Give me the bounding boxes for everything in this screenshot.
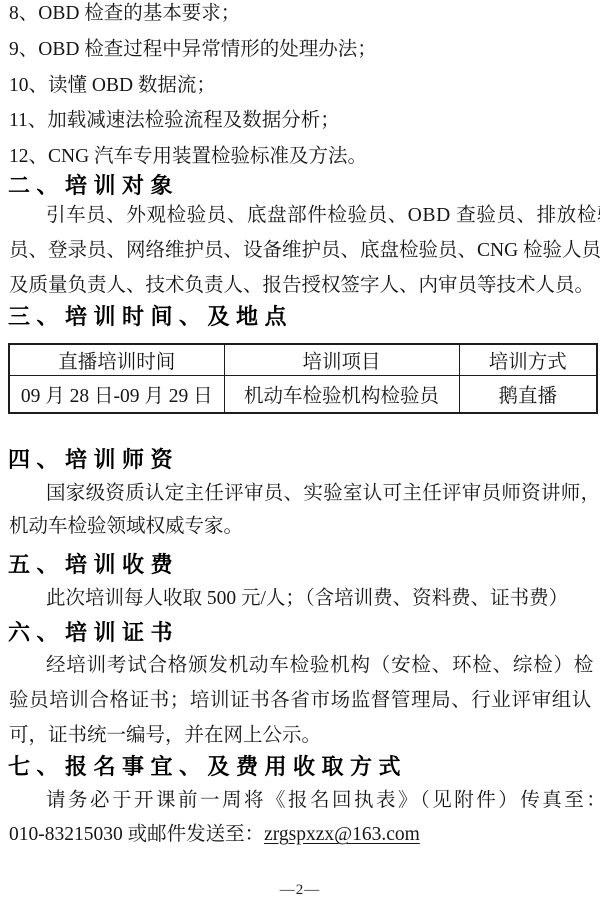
table-header-cell: 培训项目 [224, 344, 459, 375]
section-title-faculty: 四、培训师资 [8, 446, 179, 474]
paragraph-line: 验员培训合格证书；培训证书各省市场监督管理局、行业评审组认 [9, 688, 593, 714]
contact-line: 010-83215030 或邮件发送至：zrgspxzx@163.com [9, 822, 593, 848]
table-header-row: 直播培训时间 培训项目 培训方式 [9, 344, 597, 375]
email-link[interactable]: zrgspxzx@163.com [264, 824, 420, 845]
document-page: 8、OBD 检查的基本要求； 9、OBD 检查过程中异常情形的处理办法； 10、… [0, 0, 600, 906]
table-cell-date: 09 月 28 日-09 月 29 日 [9, 375, 224, 413]
paragraph-line: 引车员、外观检验员、底盘部件检验员、OBD 查验员、排放检验 [9, 203, 593, 229]
paragraph-line: 经培训考试合格颁发机动车检验机构（安检、环检、综检）检 [9, 653, 593, 679]
list-item: 10、读懂 OBD 数据流； [9, 73, 593, 99]
list-item: 9、OBD 检查过程中异常情形的处理办法； [9, 37, 593, 63]
section-title-fees: 五、培训收费 [8, 551, 179, 579]
list-item: 11、加载减速法检验流程及数据分析； [9, 108, 593, 134]
list-item: 12、CNG 汽车专用装置检验标准及方法。 [9, 144, 593, 170]
list-item: 8、OBD 检查的基本要求； [9, 1, 593, 27]
paragraph-line: 可，证书统一编号，并在网上公示。 [9, 723, 593, 749]
training-schedule-table: 直播培训时间 培训项目 培训方式 09 月 28 日-09 月 29 日 机动车… [8, 343, 598, 414]
table-header-cell: 培训方式 [459, 344, 597, 375]
section-title-time-location: 三、培训时间、及地点 [8, 303, 293, 331]
paragraph-line: 国家级资质认定主任评审员、实验室认可主任评审员师资讲师， [9, 481, 593, 507]
paragraph-line: 此次培训每人收取 500 元/人；（含培训费、资料费、证书费） [9, 586, 593, 612]
paragraph-line: 请务必于开课前一周将《报名回执表》（见附件）传真至： [9, 788, 593, 814]
table-row: 09 月 28 日-09 月 29 日 机动车检验机构检验员 鹅直播 [9, 375, 597, 413]
paragraph-line: 及质量负责人、技术负责人、报告授权签字人、内审员等技术人员。 [9, 273, 593, 299]
table-header-cell: 直播培训时间 [9, 344, 224, 375]
paragraph-line: 员、登录员、网络维护员、设备维护员、底盘检验员、CNG 检验人员 [9, 238, 593, 264]
contact-prefix: 010-83215030 或邮件发送至： [9, 824, 264, 845]
page-number: —2— [0, 882, 600, 899]
section-title-certificate: 六、培训证书 [8, 619, 179, 647]
table-cell-method: 鹅直播 [459, 375, 597, 413]
paragraph-line: 机动车检验领域权威专家。 [9, 514, 593, 540]
table-cell-project: 机动车检验机构检验员 [224, 375, 459, 413]
section-title-training-targets: 二、培训对象 [8, 172, 179, 200]
section-title-registration: 七、报名事宜、及费用收取方式 [8, 753, 407, 781]
